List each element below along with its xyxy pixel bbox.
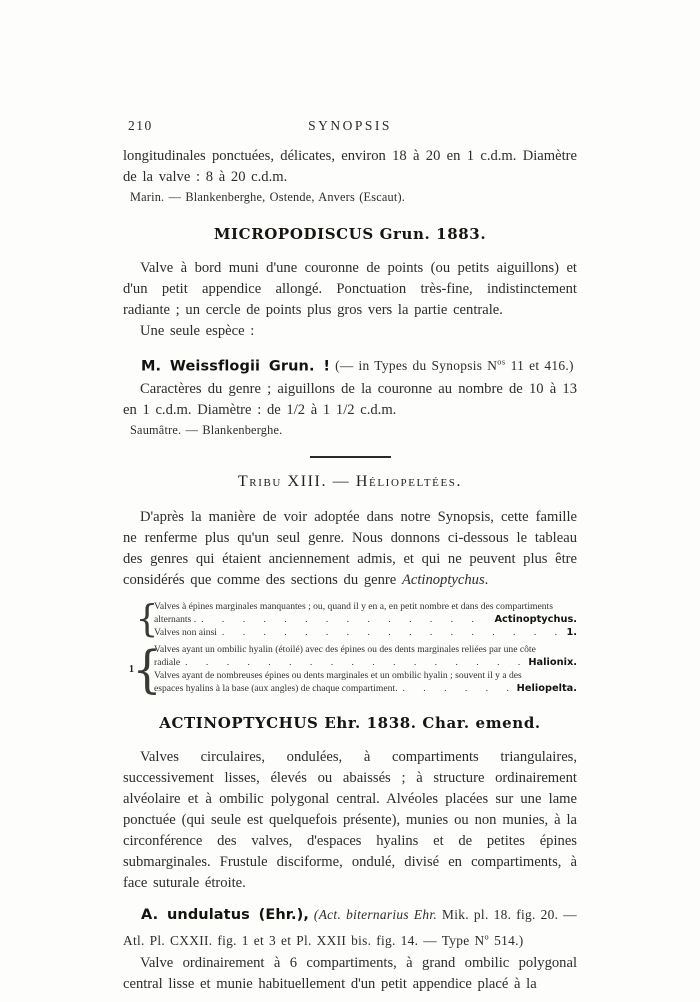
species-reference: (— in Types du Synopsis Nos 11 et 416.) bbox=[330, 358, 574, 373]
reference-superscript: os bbox=[497, 358, 505, 367]
key-entry-line: espaces hyalins à la base (aux angles) d… bbox=[154, 682, 577, 695]
reference-text: 514.) bbox=[489, 933, 523, 948]
actinoptychus-description: Valves circulaires, ondulées, à comparti… bbox=[123, 747, 577, 894]
key-entry-line: Valves non ainsi . . . . . . . . . . . .… bbox=[154, 626, 577, 639]
intro-paragraph: longitudinales ponctuées, délicates, env… bbox=[123, 146, 577, 188]
genus-heading-actinoptychus: ACTINOPTYCHUS Ehr. 1838. Char. emend. bbox=[123, 714, 577, 732]
left-brace-icon: { bbox=[142, 601, 152, 639]
key-entry-line: Valves ayant de nombreuses épines ou den… bbox=[154, 669, 577, 682]
key-entry-line: Valves à épines marginales manquantes ; … bbox=[154, 600, 577, 613]
species-heading-weissflogii: M. Weissflogii Grun. ! (— in Types du Sy… bbox=[123, 352, 577, 377]
running-title: SYNOPSIS bbox=[123, 118, 577, 134]
species-name: M. Weissflogii Grun. ! bbox=[141, 358, 330, 374]
section-divider-rule bbox=[310, 456, 391, 458]
key-entries: Valves ayant un ombilic hyalin (étoilé) … bbox=[152, 643, 577, 695]
key-entry-line: Valves ayant un ombilic hyalin (étoilé) … bbox=[154, 643, 577, 656]
dichotomous-key-table: { Valves à épines marginales manquantes … bbox=[129, 600, 577, 695]
key-group-1: { Valves à épines marginales manquantes … bbox=[129, 600, 577, 639]
key-result-genus: Halionix. bbox=[528, 656, 577, 669]
genus-heading-micropodiscus: MICROPODISCUS Grun. 1883. bbox=[123, 225, 577, 243]
micropodiscus-description: Valve à bord muni d'une couronne de poin… bbox=[123, 258, 577, 321]
genus-name-italic: Actinoptychus bbox=[402, 572, 485, 588]
key-result-number: 1. bbox=[566, 626, 577, 639]
species-name: A. undulatus (Ehr.), bbox=[141, 907, 309, 923]
key-entry-line: alternants . . . . . . . . . . . . . . .… bbox=[154, 613, 577, 626]
micropodiscus-characters: Caractères du genre ; aiguillons de la c… bbox=[123, 379, 577, 421]
key-group-2: 1 { Valves ayant un ombilic hyalin (étoi… bbox=[129, 643, 577, 695]
micropodiscus-habitat-note: Saumâtre. — Blankenberghe. bbox=[130, 422, 577, 439]
key-entries: Valves à épines marginales manquantes ; … bbox=[152, 600, 577, 639]
tribe-paragraph-text: D'après la manière de voir adoptée dans … bbox=[123, 509, 577, 588]
key-entry-text: Valves non ainsi bbox=[154, 626, 217, 639]
dot-leader: . . . . . . . . . . . . . . . . . . . . … bbox=[201, 613, 491, 626]
undulatus-paragraph: Valve ordinairement à 6 compartiments, à… bbox=[123, 953, 577, 995]
scanned-book-page: 210 SYNOPSIS longitudinales ponctuées, d… bbox=[0, 0, 700, 1002]
intro-habitat-note: Marin. — Blankenberghe, Ostende, Anvers … bbox=[130, 189, 577, 206]
running-header: 210 SYNOPSIS bbox=[123, 118, 577, 136]
reference-text: 11 et 416.) bbox=[506, 358, 574, 373]
key-result-genus: Heliopelta. bbox=[517, 682, 577, 695]
key-entry-text: alternants . bbox=[154, 613, 196, 626]
dot-leader: . . . . . . . . . . . . . . . . . . . . … bbox=[402, 682, 513, 695]
tribe-paragraph-text: . bbox=[485, 572, 489, 588]
dot-leader: . . . . . . . . . . . . . . . . . . . . … bbox=[222, 626, 564, 639]
synonym-italic: (Act. biternarius Ehr. bbox=[309, 907, 437, 922]
species-heading-undulatus: A. undulatus (Ehr.), (Act. biternarius E… bbox=[123, 904, 577, 950]
key-result-genus: Actinoptychus. bbox=[494, 613, 577, 626]
tribe-heading: Tribu XIII. — Héliopeltées. bbox=[123, 473, 577, 491]
micropodiscus-one-species: Une seule espèce : bbox=[123, 321, 577, 342]
dot-leader: . . . . . . . . . . . . . . . . . . . . … bbox=[185, 656, 525, 669]
left-brace-icon: { bbox=[142, 644, 152, 695]
tribe-paragraph: D'après la manière de voir adoptée dans … bbox=[123, 507, 577, 591]
reference-text: (— in Types du Synopsis N bbox=[330, 358, 497, 373]
key-entry-line: radiale . . . . . . . . . . . . . . . . … bbox=[154, 656, 577, 669]
key-entry-text: espaces hyalins à la base (aux angles) d… bbox=[154, 682, 397, 695]
